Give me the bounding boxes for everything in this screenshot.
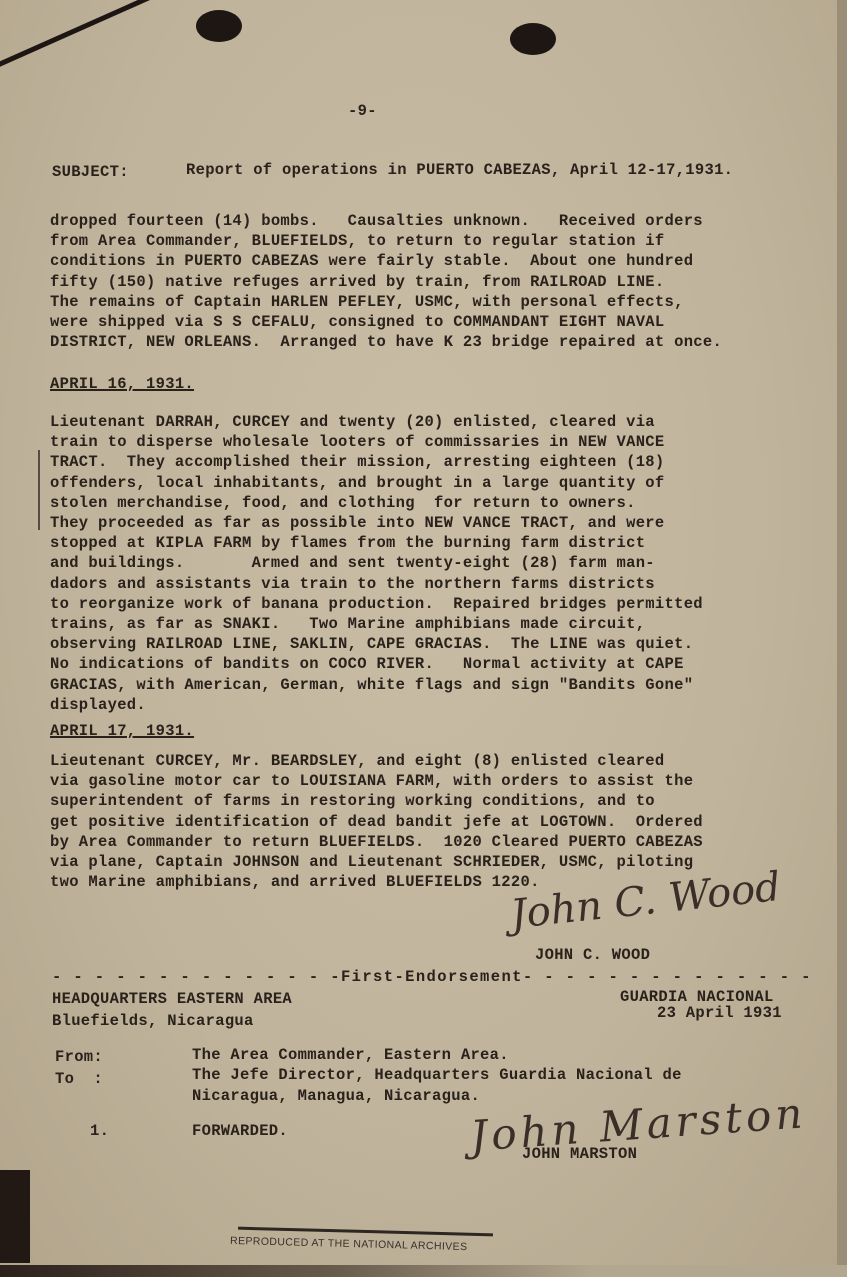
signature-typed-marston: JOHN MARSTON bbox=[522, 1145, 637, 1163]
text-line: dropped fourteen (14) bombs. Causalties … bbox=[50, 212, 703, 230]
text-line: TRACT. They accomplished their mission, … bbox=[50, 453, 665, 471]
subject-label: SUBJECT: bbox=[52, 163, 129, 181]
section-heading: APRIL 17, 1931. bbox=[50, 722, 194, 740]
from-label: From: bbox=[55, 1048, 103, 1066]
text-line: Lieutenant DARRAH, CURCEY and twenty (20… bbox=[50, 413, 655, 431]
item-text: FORWARDED. bbox=[192, 1122, 288, 1140]
text-line: Lieutenant CURCEY, Mr. BEARDSLEY, and ei… bbox=[50, 752, 665, 770]
section-heading: APRIL 16, 1931. bbox=[50, 375, 194, 393]
text-line: and buildings. Armed and sent twenty-eig… bbox=[50, 554, 655, 572]
to-value-line-1: The Jefe Director, Headquarters Guardia … bbox=[192, 1066, 682, 1084]
signature-typed-wood: JOHN C. WOOD bbox=[535, 946, 650, 964]
text-line: from Area Commander, BLUEFIELDS, to retu… bbox=[50, 232, 665, 250]
text-line: via plane, Captain JOHNSON and Lieutenan… bbox=[50, 853, 693, 871]
from-value: The Area Commander, Eastern Area. bbox=[192, 1046, 509, 1064]
to-value-line-2: Nicaragua, Managua, Nicaragua. bbox=[192, 1087, 480, 1105]
scan-shadow bbox=[0, 1170, 30, 1263]
text-line: train to disperse wholesale looters of c… bbox=[50, 433, 665, 451]
text-line: via gasoline motor car to LOUISIANA FARM… bbox=[50, 772, 693, 790]
text-line: GRACIAS, with American, German, white fl… bbox=[50, 676, 693, 694]
text-line: offenders, local inhabitants, and brough… bbox=[50, 474, 665, 492]
to-label: To : bbox=[55, 1070, 103, 1088]
text-line: two Marine amphibians, and arrived BLUEF… bbox=[50, 873, 540, 891]
punch-hole-left bbox=[196, 10, 242, 42]
text-line: conditions in PUERTO CABEZAS were fairly… bbox=[50, 252, 693, 270]
text-line: by Area Commander to return BLUEFIELDS. … bbox=[50, 833, 703, 851]
endorsement-date: 23 April 1931 bbox=[657, 1004, 782, 1022]
text-line: stopped at KIPLA FARM by flames from the… bbox=[50, 534, 645, 552]
text-line: The remains of Captain HARLEN PEFLEY, US… bbox=[50, 293, 684, 311]
item-number: 1. bbox=[90, 1122, 109, 1140]
text-line: to reorganize work of banana production.… bbox=[50, 595, 703, 613]
text-line: displayed. bbox=[50, 696, 146, 714]
text-line: stolen merchandise, food, and clothing f… bbox=[50, 494, 636, 512]
text-line: were shipped via S S CEFALU, consigned t… bbox=[50, 313, 665, 331]
text-line: trains, as far as SNAKI. Two Marine amph… bbox=[50, 615, 645, 633]
text-line: They proceeded as far as possible into N… bbox=[50, 514, 665, 532]
text-line: DISTRICT, NEW ORLEANS. Arranged to have … bbox=[50, 333, 722, 351]
page-edge bbox=[837, 0, 847, 1277]
punch-hole-right bbox=[510, 23, 556, 55]
text-line: fifty (150) native refuges arrived by tr… bbox=[50, 273, 665, 291]
text-line: No indications of bandits on COCO RIVER.… bbox=[50, 655, 684, 673]
page-number: -9- bbox=[348, 102, 377, 120]
scan-shadow-bottom bbox=[0, 1265, 847, 1277]
endorsement-location: Bluefields, Nicaragua bbox=[52, 1012, 254, 1030]
text-line: dadors and assistants via train to the n… bbox=[50, 575, 655, 593]
subject-text: Report of operations in PUERTO CABEZAS, … bbox=[186, 161, 733, 179]
text-line: superintendent of farms in restoring wor… bbox=[50, 792, 655, 810]
text-line: observing RAILROAD LINE, SAKLIN, CAPE GR… bbox=[50, 635, 693, 653]
endorsement-divider: - - - - - - - - - - - - - -First-Endorse… bbox=[52, 968, 812, 986]
margin-mark bbox=[38, 450, 40, 530]
endorsement-hq: HEADQUARTERS EASTERN AREA bbox=[52, 990, 292, 1008]
text-line: get positive identification of dead band… bbox=[50, 813, 703, 831]
